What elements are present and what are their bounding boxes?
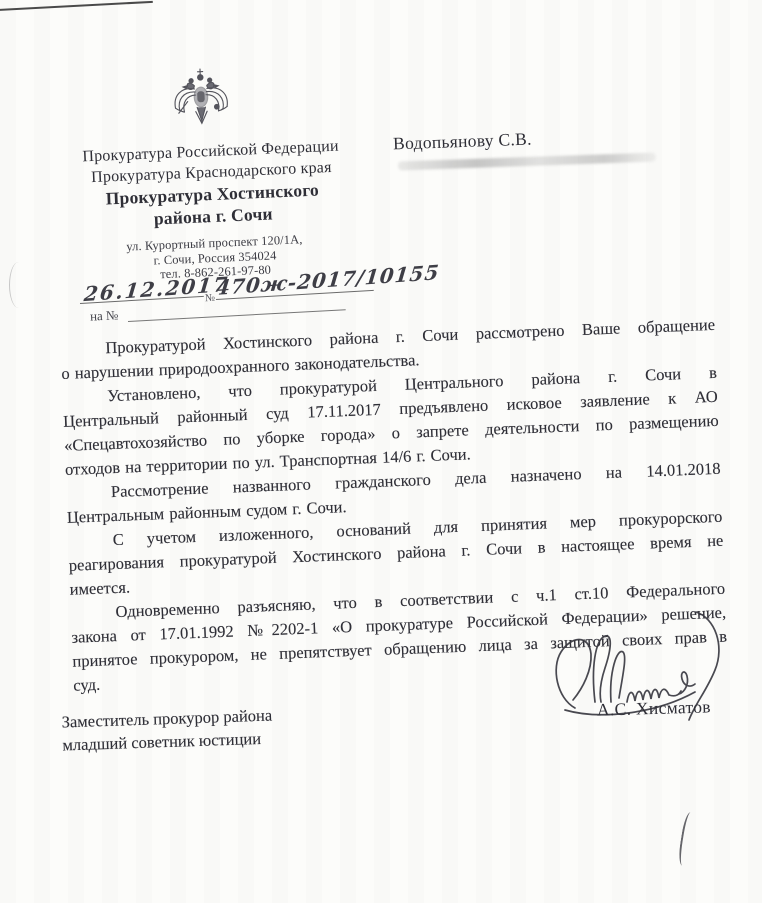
reply-reference-label: на № — [90, 307, 119, 324]
letterhead-block: Прокуратура Российской Федерации Прокура… — [45, 134, 381, 286]
signer-name: А.С. Хисматов — [597, 696, 711, 720]
coat-of-arms-icon — [168, 67, 234, 129]
letter-body: Прокуратурой Хостинского района г. Сочи … — [60, 313, 728, 698]
number-sign: № — [205, 293, 216, 305]
scan-edge-line — [0, 1, 153, 11]
reply-reference-blank-line — [128, 309, 346, 322]
pen-stroke-mark — [677, 811, 697, 866]
scanned-letter-page: Прокуратура Российской Федерации Прокура… — [0, 0, 762, 903]
addressee-name: Водопьянову С.В. — [393, 129, 532, 155]
signer-position-block: Заместитель прокурор района младший сове… — [61, 705, 273, 757]
scan-curve-mark — [9, 262, 28, 308]
erased-text-smudge — [398, 153, 656, 171]
